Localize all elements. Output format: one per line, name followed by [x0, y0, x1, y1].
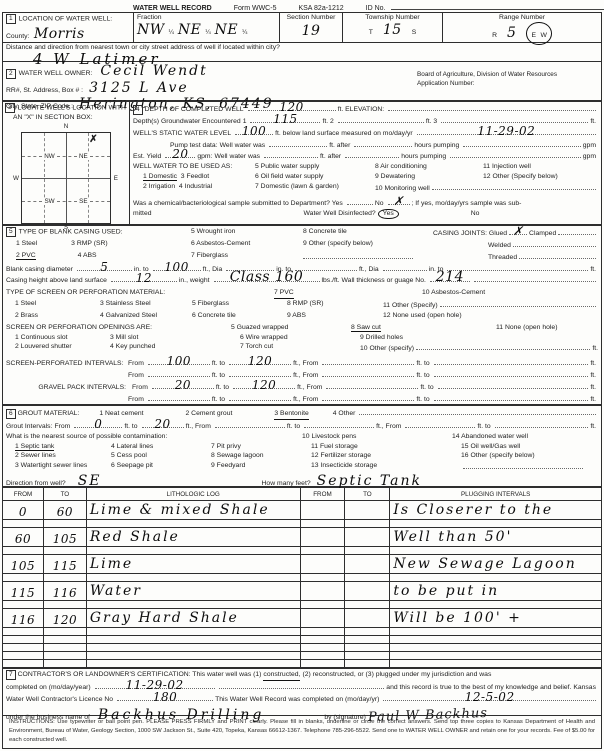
static-level-fill: 100 [235, 127, 273, 135]
gw-3-label: ft. 3 [426, 117, 437, 127]
log-to: 120 [53, 613, 77, 627]
fraction-cell: Fraction NW¼ NE¼ NE¼ [134, 13, 280, 42]
board-block: Board of Agriculture, Division of Water … [417, 71, 595, 89]
section3-number: 3 [5, 103, 15, 113]
grid-horizontal-line [22, 178, 110, 179]
range-w: W [540, 32, 546, 39]
section1-location: 1LOCATION OF WATER WELL: County: Morris … [2, 12, 602, 43]
contam-option-8: 8 Sewage lagoon [211, 451, 311, 461]
county-value: Morris [34, 26, 85, 42]
casing-option-7: 7 Fiberglass [191, 251, 303, 263]
table-empty-row [3, 636, 602, 644]
opening-option-8-selected: 8 Saw cut [351, 324, 381, 332]
fraction-1: NW [137, 22, 165, 38]
diameter-ft-fill: 100 [153, 263, 201, 271]
opening-option-9: 9 Drilled holes [360, 333, 598, 343]
business-name-label: under the business name of [6, 713, 90, 723]
welded-fill [513, 239, 596, 247]
chem-rest2-label: mitted [133, 209, 152, 219]
gi-2-fill [215, 420, 285, 428]
cert-fill-1 [219, 681, 385, 689]
table-spacer-row [3, 601, 602, 609]
gi-from-value: 0 [94, 418, 102, 430]
contam-option-13: 13 Insecticide storage [311, 461, 461, 471]
table-row: 105 115 Lime New Sewage Lagoon [3, 555, 602, 574]
chem-rest-label: ; If yes, mo/day/yrs sample was sub- [412, 199, 522, 209]
contam-other-fill [463, 461, 583, 469]
spi-from-value: 100 [167, 355, 191, 367]
guage-value: 214 [436, 270, 464, 284]
other-casing-fill [303, 251, 413, 259]
id-no-label: ID No. [366, 5, 386, 12]
diameter-fill: 5 [77, 263, 132, 271]
owner-label: WATER WELL OWNER: [19, 70, 93, 78]
plugging-note: Will be 100' + [393, 610, 521, 626]
ft-from-label: ft., From [293, 359, 318, 369]
clamped-fill [558, 227, 596, 235]
spi-b3-fill [322, 369, 414, 377]
log-from: 115 [11, 586, 35, 600]
spi-from-fill: 100 [148, 357, 210, 365]
yield-fill-4 [450, 150, 581, 158]
material-option-11: 11 Other (Specify) [383, 301, 438, 311]
record-completed-label: This Water Well Record was completed on … [215, 695, 379, 705]
section7-certification: 7 CONTRACTOR'S OR LANDOWNER'S CERTIFICAT… [2, 668, 602, 716]
use-option-12: 12 Other (Specify below) [483, 172, 598, 182]
section3-title1: LOCATE WELL'S LOCATION WITH [18, 105, 126, 112]
grout-option-4: 4 Other [333, 409, 356, 419]
form-number: Form WWC-5 [234, 5, 277, 12]
direction-label: Direction from well? [6, 479, 66, 489]
opening-option-10: 10 Other (specify) [360, 344, 414, 354]
business-name-value: Backhus Drilling [98, 705, 264, 725]
log-description: Red Shale [90, 529, 180, 545]
weight-label: in., weight [179, 276, 210, 286]
ft-label: ft. [592, 344, 598, 354]
contam-option-14: 14 Abandoned water well [452, 432, 598, 442]
glued-fill: ✗ [509, 227, 527, 235]
section5-casing: 5TYPE OF BLANK CASING USED: 5 Wrought ir… [2, 225, 602, 405]
plugging-note: Well than 50' [393, 529, 512, 545]
gpi-b1-fill [148, 393, 210, 401]
quadrant-row-bottom: SWSE [22, 198, 110, 205]
from-label: From [132, 383, 148, 393]
ft-from-label: ft., From [293, 395, 318, 405]
township-t: T [369, 29, 373, 37]
log-description: Lime [90, 556, 133, 572]
material-other-fill [440, 299, 596, 307]
contam-option-15: 15 Oil well/Gas well [461, 442, 598, 452]
opening-option-6: 6 Wire wrapped [240, 333, 360, 343]
gi-to-value: 20 [154, 418, 170, 430]
gw1-fill: 115 [250, 115, 320, 123]
spi-from2-fill [322, 357, 414, 365]
opening-option-5: 5 Guazed wrapped [231, 323, 351, 333]
quadrant-nw: NW [42, 153, 57, 160]
id-no-blank [391, 1, 604, 10]
material-option-10: 10 Asbestos-Cement [422, 288, 598, 299]
gw1-value: 115 [273, 113, 297, 125]
casing-height-label: Casing height above land surface [6, 276, 107, 286]
gpi-b3-fill [322, 393, 414, 401]
from-label: From [54, 422, 70, 432]
ft-to-label: ft. to [416, 359, 429, 369]
compass-n: N [3, 123, 129, 131]
table-empty-row [3, 652, 602, 660]
opening-option-7: 7 Torch cut [240, 342, 360, 354]
gpi-from-fill: 20 [152, 381, 214, 389]
section1-number: 1 [6, 14, 16, 24]
completed-date-fill: 11-29-02 [95, 681, 215, 689]
from-label: From [128, 371, 144, 381]
township-s: S [412, 29, 417, 37]
yield-fill-2 [264, 150, 318, 158]
gpi-label: GRAVEL PACK INTERVALS: [6, 383, 130, 393]
how-many-feet-label: How many feet? [262, 479, 311, 489]
grout-other-fill [359, 407, 596, 415]
use-option-4: 4 Industrial [179, 183, 212, 190]
ft-from-label: ft., From [293, 371, 318, 381]
material-option-6: 6 Concrete tile [192, 311, 287, 321]
gpi-to-value: 120 [252, 379, 276, 391]
water-well-record-form: WATER WELL RECORD Form WWC-5 KSA 82a-121… [0, 0, 604, 751]
table-row: 116 120 Gray Hard Shale Will be 100' + [3, 609, 602, 628]
disinfected-yes-circled: Yes [378, 209, 399, 220]
contam-option-7: 7 Pit privy [211, 442, 311, 452]
gi-from-fill: 0 [74, 420, 122, 428]
contam-option-2: 2 Sewer lines [15, 451, 111, 461]
section-box-grid: NWNE SWSE ✗ W E [21, 132, 111, 224]
section6-number: 6 [6, 409, 16, 419]
material-option-4: 4 Galvanized Steel [100, 311, 192, 321]
section3-title2: AN "X" IN SECTION BOX: [3, 114, 129, 122]
contamination-label: What is the nearest source of possible c… [6, 432, 302, 442]
disinfected-no: No [471, 209, 480, 219]
opening-other-fill [416, 342, 590, 350]
range-e: E [531, 32, 536, 39]
application-number-label: Application Number: [417, 80, 595, 89]
ft-to-label: ft. to [420, 383, 433, 393]
contam-option-10: 10 Livestock pens [302, 432, 452, 442]
chem-no-label: No [375, 199, 384, 209]
section-number-cell: Section Number 19 [280, 13, 343, 42]
ft-to-label: ft. to [416, 395, 429, 405]
opening-option-2: 2 Louvered shutter [15, 342, 110, 354]
ft-label: ft. [590, 359, 596, 369]
chem-yes-fill [347, 197, 373, 205]
gw3-fill [441, 115, 588, 123]
pump-fill-3 [463, 139, 580, 147]
material-option-8: 8 RMP (SR) [287, 299, 383, 311]
completed-on-label: completed on (mo/day/year) [6, 683, 91, 693]
log-to: 115 [53, 559, 77, 573]
material-option-3: 3 Stainless Steel [100, 299, 192, 311]
measured-date-value: 11-29-02 [477, 125, 535, 137]
range-ew-circled: E W [526, 22, 551, 45]
casing-option-8: 8 Concrete tile [303, 227, 433, 239]
static-level-after-label: ft. below land surface measured on mo/da… [275, 129, 413, 139]
use-option-2: 2 Irrigation [143, 183, 175, 190]
distance-row: Distance and direction from nearest town… [2, 43, 602, 62]
hours-pumping-label: hours pumping [401, 152, 446, 162]
fraction-2: NE [178, 22, 201, 38]
pump-fill-2 [354, 139, 412, 147]
elevation-label: ft. ELEVATION: [338, 105, 385, 115]
county-label: County: [6, 33, 29, 40]
pump-fill-1 [269, 139, 327, 147]
section4-number: 4 [133, 105, 143, 115]
by-signature-label: by (signature) [324, 713, 366, 723]
certification-line1b: (2) reconstructed, or (3) plugged under … [302, 670, 491, 680]
casing-option-2-selected: 2 PVC [16, 252, 36, 260]
county-cell: 1LOCATION OF WATER WELL: County: Morris [3, 13, 134, 42]
static-level-label: WELL'S STATIC WATER LEVEL [133, 129, 231, 139]
table-empty-row [3, 644, 602, 652]
quarter-sign: ¼ [205, 29, 210, 37]
ft-label: ft. [590, 383, 596, 393]
location-x-mark: ✗ [89, 134, 97, 145]
table-spacer-row [3, 628, 602, 636]
board-line: Board of Agriculture, Division of Water … [417, 71, 595, 80]
contam-option-1-selected: 1 Septic tank [15, 443, 54, 451]
quadrant-row-top: NWNE [22, 153, 110, 160]
contam-option-5: 5 Cess pool [111, 451, 211, 461]
use-option-1-selected: 1 Domestic [143, 173, 177, 181]
grout-intervals-label: Grout Intervals: [6, 422, 52, 432]
plugging-note: to be put in [393, 583, 499, 599]
weight-fill: Class 160 [214, 274, 320, 282]
table-spacer-row [3, 547, 602, 555]
fraction-3: NE [215, 22, 238, 38]
ft-from-label: ft., From [376, 422, 401, 432]
use-option-5: 5 Public water supply [255, 162, 375, 172]
ft-to-label: ft. to [477, 422, 490, 432]
yield-fill-3 [345, 150, 399, 158]
welded-label: Welded [488, 241, 511, 251]
contam-option-4: 4 Lateral lines [111, 442, 211, 452]
use-option-11: 11 Injection well [483, 162, 598, 172]
grout-title: GROUT MATERIAL: [18, 409, 80, 419]
casing-option-6: 6 Asbestos-Cement [191, 239, 303, 251]
gpi-b4-fill [434, 393, 589, 401]
use-option-10: 10 Monitoring well [375, 184, 430, 194]
contam-option-3: 3 Watertight sewer lines [15, 461, 111, 471]
gw-2-label: ft. 2 [322, 117, 333, 127]
contam-option-16: 16 Other (specify below) [461, 451, 598, 461]
ft-label: ft. [590, 117, 596, 127]
blank-diameter-label: Blank casing diameter [6, 265, 73, 275]
dia2-ft-fill [295, 263, 357, 271]
fraction-label: Fraction [137, 14, 276, 22]
ft-to-label: ft. to [124, 422, 137, 432]
licence-value: 180 [153, 691, 177, 703]
quarter-sign: ¼ [242, 29, 247, 37]
ft-to-label: ft. to [212, 359, 225, 369]
chem-sample-label: Was a chemical/bacteriological sample su… [133, 199, 343, 209]
gpi-to2-fill [438, 381, 589, 389]
ft-to-label: ft. to [287, 422, 300, 432]
gi-5-fill [495, 420, 589, 428]
spi-to-value: 120 [248, 355, 272, 367]
section6-grout: 6 GROUT MATERIAL: 1 Neat cement 2 Cement… [2, 405, 602, 487]
plugging-note: Is Closerer to the [393, 502, 553, 518]
section7-number: 7 [6, 670, 16, 680]
range-label: Range Number [446, 14, 598, 22]
gw2-fill [338, 115, 424, 123]
elevation-fill [388, 103, 596, 111]
log-description: Water [90, 583, 142, 599]
screen-material-title: TYPE OF SCREEN OR PERFORATION MATERIAL: [6, 288, 274, 299]
gpm-colon-label: gpm: [197, 152, 212, 162]
address-value: 3125 L Ave [89, 80, 189, 96]
gi-3-fill [304, 420, 374, 428]
grid-dashed-vline [88, 133, 89, 223]
ft-to-label: ft. to [212, 371, 225, 381]
use-option-3: 3 Feedlot [181, 173, 209, 180]
spi-b1-fill [148, 369, 210, 377]
yield-fill: 20 [165, 150, 195, 158]
measured-date-fill: 11-29-02 [417, 127, 596, 135]
plugging-note: New Sewage Lagoon [393, 556, 576, 572]
township-cell: Township Number T 15 S [343, 13, 443, 42]
compass-w: W [13, 175, 19, 183]
glued-x: ✗ [513, 225, 524, 237]
table-row: 0 60 Lime & mixed Shale Is Closerer to t… [3, 501, 602, 520]
groundwater-label: Depth(s) Groundwater Encountered [133, 117, 241, 127]
ft-from-label: ft., From [297, 383, 322, 393]
depth-completed-label: DEPTH OF COMPLETED WELL [145, 105, 244, 115]
spi-b2-fill [229, 369, 291, 377]
log-from: 60 [15, 532, 31, 546]
range-value: 5 [507, 25, 516, 41]
section3-locate: 3LOCATE WELL'S LOCATION WITH AN "X" IN S… [2, 101, 130, 225]
disinfected-yes: Yes [383, 210, 394, 217]
clamped-label: Clamped [529, 229, 556, 239]
casing-option-9: 9 Other (specify below) [303, 239, 433, 251]
section5-number: 5 [6, 227, 16, 237]
grout-option-1: 1 Neat cement [99, 409, 143, 419]
threaded-fill [519, 251, 596, 259]
ft-label: ft. [590, 265, 596, 275]
log-to: 116 [53, 586, 77, 600]
material-option-9: 9 ABS [287, 311, 383, 321]
distance-value: 4 W Latimer [33, 50, 161, 68]
log-description: Lime & mixed Shale [90, 502, 270, 518]
ft-label: ft. [590, 371, 596, 381]
spi-b4-fill [434, 369, 589, 377]
form-header: WATER WELL RECORD Form WWC-5 KSA 82a-121… [0, 1, 604, 12]
contam-option-9: 9 Feedyard [211, 461, 311, 471]
opening-option-11: 11 None (open hole) [496, 323, 598, 333]
table-spacer-row [3, 520, 602, 528]
spi-to-fill: 120 [229, 357, 291, 365]
range-r: R [492, 32, 497, 40]
section5-title: TYPE OF BLANK CASING USED: [19, 229, 123, 236]
threaded-label: Threaded [488, 253, 517, 263]
use-as-label: WELL WATER TO BE USED AS: [133, 162, 255, 172]
ft-dia-label: ft., Dia [203, 265, 223, 275]
constructed-selected: constructed, [263, 670, 300, 681]
log-from: 116 [11, 613, 35, 627]
gpm-label: gpm [583, 152, 596, 162]
record-date-value: 12-5-02 [465, 691, 515, 703]
signature-value: Paul W Backhus [368, 704, 489, 727]
section-number-label: Section Number [283, 14, 339, 22]
use-option-9: 9 Dewatering [375, 172, 483, 182]
openings-title: SCREEN OR PERFORATION OPENINGS ARE: [6, 323, 231, 333]
guage-fill: 214 [430, 274, 470, 282]
weight-value: Class 160 [230, 270, 304, 284]
glued-label: Glued [489, 229, 507, 239]
well-water-was-label: Well water was [214, 152, 260, 162]
casing-option-3: 3 RMP (SR) [71, 240, 108, 247]
material-option-1: 1 Steel [15, 299, 100, 311]
height-value: 12 [136, 272, 152, 284]
quadrant-sw: SW [42, 198, 56, 205]
diameter-ft-value: 100 [164, 261, 188, 273]
licence-fill: 180 [117, 693, 213, 701]
material-option-5: 5 Fiberglass [192, 299, 287, 311]
form-title: WATER WELL RECORD [133, 5, 212, 12]
township-label: Township Number [346, 14, 439, 22]
gi-4-fill [405, 420, 475, 428]
contam-option-6: 6 Seepage pit [111, 461, 211, 471]
section4-depth: 4 DEPTH OF COMPLETED WELL 120 ft. ELEVAT… [129, 101, 602, 225]
direction-value: SE [78, 471, 102, 491]
casing-option-1: 1 Steel [16, 240, 37, 247]
opening-option-3: 3 Mill slot [110, 333, 240, 343]
ft-to-label: ft. to [212, 395, 225, 405]
grout-option-2: 2 Cement grout [186, 409, 233, 419]
chem-no-x: ✗ [393, 195, 404, 207]
section1-title: LOCATION OF WATER WELL: [19, 16, 113, 23]
height-fill: 12 [111, 274, 177, 282]
log-description: Gray Hard Shale [90, 610, 239, 626]
section-number-value: 19 [302, 23, 321, 39]
gpi-to-fill: 120 [233, 381, 295, 389]
opening-option-1: 1 Continuous slot [15, 333, 110, 343]
gi-to-fill: 20 [142, 420, 184, 428]
static-level-value: 100 [242, 125, 266, 137]
table-spacer-row [3, 574, 602, 582]
log-to: 105 [53, 532, 77, 546]
how-many-feet-value: Septic Tank [317, 471, 422, 491]
casing-option-4: 4 ABS [78, 252, 97, 259]
ft-from-label: ft., From [186, 422, 211, 432]
gpm-label: gpm [583, 141, 596, 151]
monitoring-fill [432, 182, 596, 190]
contam-option-12: 12 Fertilizer storage [311, 451, 461, 461]
gpi-from2-fill [326, 381, 418, 389]
section2-number: 2 [6, 69, 16, 79]
licence-label: Water Well Contractor's Licence No [6, 695, 113, 705]
quadrant-se: SE [77, 198, 89, 205]
from-label: From [128, 359, 144, 369]
log-to: 60 [57, 505, 73, 519]
spi-to2-fill [434, 357, 589, 365]
from-label: From [128, 395, 144, 405]
diameter-value: 5 [100, 261, 108, 273]
ft-after-label: ft. after [329, 141, 350, 151]
grid-dashed-vline [44, 133, 45, 223]
hours-pumping-label: hours pumping [414, 141, 459, 151]
lithologic-table: FROM TO LITHOLOGIC LOG FROM TO PLUGGING … [2, 487, 602, 668]
chem-no-fill: ✗ [388, 197, 410, 205]
record-date-fill: 12-5-02 [383, 693, 596, 701]
table-row: 60 105 Red Shale Well than 50' [3, 528, 602, 547]
contam-option-11: 11 Fuel storage [311, 442, 461, 452]
well-water-was-label: Well water was [220, 141, 266, 151]
